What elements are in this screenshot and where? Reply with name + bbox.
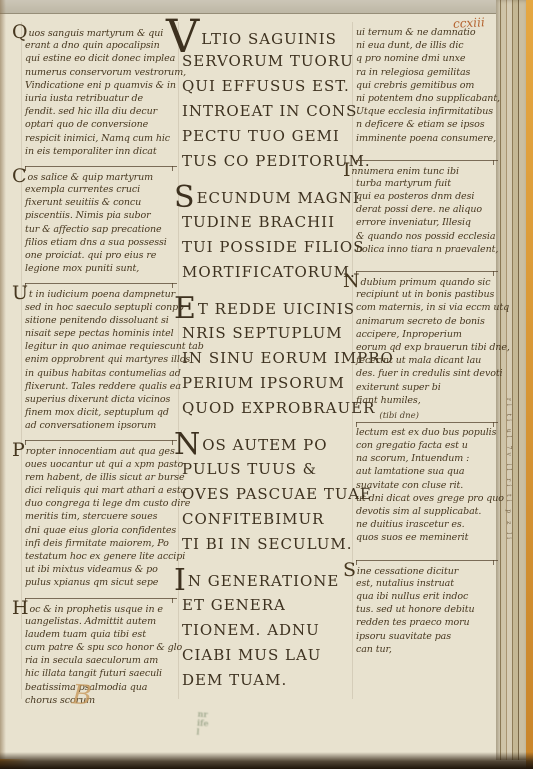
text-line: TI BI IN SECULUM. [182, 532, 354, 557]
text-paragraph: lectum est ex duo bus populiscon gregati… [356, 422, 498, 545]
text-line: nisait sepe pectas hominis intel [25, 327, 177, 340]
text-line: TUI POSSIDE FILIOS [182, 235, 354, 260]
drop-cap-initial: N [174, 432, 202, 457]
text-line: Cos salice & quip martyrum [25, 170, 177, 183]
text-line: ni eua dunt, de illis dic [356, 39, 498, 52]
text-line: DEM TUAM. [182, 668, 354, 693]
right-column: ui ternum & ne damnationi eua dunt, de i… [356, 26, 498, 671]
text-line: CIABI MUS LAU [182, 643, 354, 668]
text-line: TIONEM. ADNU [182, 618, 354, 643]
text-line: ui ternum & ne damnatio [356, 26, 498, 39]
text-line: ne duitius irascetur es. [356, 518, 498, 531]
text-line: PERIUM IPSORUM [182, 371, 354, 396]
text-line: optari quo de conversione [25, 118, 177, 131]
text-line: OVES PASCUAE TUAE [182, 482, 354, 507]
text-line: legione mox puniti sunt, [25, 262, 177, 275]
page-edge-stack-right [496, 0, 526, 760]
text-line: qui crebris gemitibus om [356, 79, 498, 92]
text-line: exiterunt super bi [356, 381, 498, 394]
left-column: Quos sanguis martyrum & quierant a dno q… [25, 26, 177, 715]
text-line: animarum secreto de bonis [356, 315, 498, 328]
text-line: fendit. sed hic illa diu decur [25, 105, 177, 118]
text-line: dici reliquis qui mart athari a esta [25, 484, 177, 497]
text-line: cum patre & spu sco honor & glo [25, 641, 177, 654]
text-paragraph: Cos salice & quip martyrumexempla curren… [25, 166, 177, 276]
text-line: est, nutalius instruat [356, 577, 498, 590]
bottom-mark: B [71, 679, 93, 711]
drop-cap-initial: C [12, 170, 27, 183]
text-line: sitione penitendo dissoluant si [25, 314, 177, 327]
edge-marks: ri ti ul 7v il ri ti p z li [505, 398, 512, 542]
text-line: Quos sanguis martyrum & qui [25, 26, 177, 39]
text-line: NOS AUTEM PO [182, 432, 354, 457]
text-line: sed in hoc saeculo septupli conpo [25, 301, 177, 314]
text-line: TUDINE BRACHII [182, 210, 354, 235]
text-paragraph: Ndubium primum quando sicrecipiunt ut in… [356, 271, 498, 407]
text-line: fixerunt seuitiis & concu [25, 196, 177, 209]
text-line: iuria iusta retribuatur de [25, 92, 177, 105]
text-line: pulus xpianus qm sicut sepe [25, 576, 177, 589]
text-line: bolica inno tiara n praevalent, [356, 243, 498, 256]
text-line: devotis sim al supplicabat. [356, 505, 498, 518]
text-line: one proiciat. qui pro eius re [25, 249, 177, 262]
text-line: imminente poena consumere, [356, 132, 498, 145]
text-line: ni potentem dno supplicabant, [356, 92, 498, 105]
text-line: Sine cessatione dicitur [356, 564, 498, 577]
text-line: PULUS TUUS & [182, 457, 354, 482]
text-paragraph: Propter innocentiam aut qua gesoues uoca… [25, 440, 177, 589]
text-line: suavitate con cluse rit. [356, 479, 498, 492]
text-paragraph: ET REDDE UICINISNRIS SEPTUPLUMIN SINU EO… [182, 296, 354, 421]
text-line: exempla currentes cruci [25, 183, 177, 196]
text-line: duo congrega ti lege dm custo dire [25, 497, 177, 510]
stamp-line: l [196, 728, 208, 738]
text-line: laudem tuam quia tibi est [25, 628, 177, 641]
text-line: fiant humiles, [356, 394, 498, 407]
text-line: respicit inimici, Namq cum hic [25, 132, 177, 145]
text-line: Innumera enim tunc ibi [356, 164, 498, 177]
text-line: PECTU TUO GEMI [182, 124, 354, 149]
text-paragraph: SECUNDUM MAGNITUDINE BRACHIITUI POSSIDE … [182, 185, 354, 285]
text-line: TUS CO PEDITORUM. [182, 149, 354, 174]
text-line: meritis tim, stercuere soues [25, 510, 177, 523]
text-line: VLTIO SAGUINIS [182, 24, 354, 49]
text-line: INTROEAT IN CONS [182, 99, 354, 124]
drop-cap-initial: U [12, 287, 29, 300]
library-stamp: nrifel [196, 710, 209, 738]
text-line: can tur, [356, 643, 498, 656]
manuscript-page: ccxiii Quos sanguis martyrum & quierant … [0, 0, 533, 769]
text-line: dni quae eius gloria confidentes [25, 524, 177, 537]
text-paragraph: IN GENERATIONEET GENERATIONEM. ADNUCIABI… [182, 568, 354, 693]
text-line: Ndubium primum quando sic [356, 275, 498, 288]
drop-cap-initial: I [174, 568, 188, 593]
text-line: QUI EFFUSUS EST. [182, 74, 354, 99]
text-line: rem habent, de illis sicut ar burse [25, 471, 177, 484]
text-line: ria in secula saeculorum am [25, 654, 177, 667]
book-shadow-bottom [0, 752, 533, 769]
drop-cap-initial: I [343, 164, 351, 177]
text-paragraph: Quos sanguis martyrum & quierant a dno q… [25, 26, 177, 158]
text-paragraph: NOS AUTEM POPULUS TUUS &OVES PASCUAE TUA… [182, 432, 354, 557]
drop-cap-initial: Q [12, 26, 28, 39]
text-line: na scorum, Intuendum : [356, 452, 498, 465]
text-line: lectum est ex duo bus populis [356, 426, 498, 439]
text-line: finem mox dicit, septuplum qd [25, 406, 177, 419]
drop-cap-initial: S [343, 564, 357, 577]
text-line: q pro nomine dmi unxe [356, 52, 498, 65]
text-line: tur & affectio sap precatione [25, 223, 177, 236]
text-line: erant a dno quin apocalipsin [25, 39, 177, 52]
text-line: numerus conservorum vestrorum, [25, 66, 177, 79]
text-line: qua ibi nullus erit indoc [356, 590, 498, 603]
text-line: quos suos ee meminerit [356, 531, 498, 544]
text-line: ET REDDE UICINIS [182, 296, 354, 321]
text-line: testatum hoc ex genere lite accipi [25, 550, 177, 563]
text-paragraph: Ut in iudicium poena dampnetursed in hoc… [25, 283, 177, 432]
text-line: Ut in iudicium poena dampnetur [25, 287, 177, 300]
text-line: ipsoru suavitate pas [356, 630, 498, 643]
drop-cap-initial: H [12, 602, 29, 615]
text-line: infi deis firmitate maiorem, Po [25, 537, 177, 550]
background-strip [526, 0, 533, 769]
text-line: flixerunt. Tales reddere qualis ea [25, 380, 177, 393]
text-line: ut dni dicat oves grege pro quo [356, 492, 498, 505]
drop-cap-initial: E [174, 296, 198, 321]
text-line: piscentiis. Nimis pia subor [25, 209, 177, 222]
text-line: con gregatio facta est u [356, 439, 498, 452]
text-line: SERVORUM TUORU [182, 49, 354, 74]
text-line: n deficere & etiam se ipsos [356, 118, 498, 131]
text-line: CONFITEBIMUR [182, 507, 354, 532]
middle-column: VLTIO SAGUINISSERVORUM TUORUQUI EFFUSUS … [182, 24, 354, 704]
text-line: recipiunt ut in bonis pastibus [356, 288, 498, 301]
text-line: des. fuer in credulis sint devoti [356, 367, 498, 380]
text-line: filios etiam dns a sua possessi [25, 236, 177, 249]
text-line: hic illata tangit futuri saeculi [25, 667, 177, 680]
text-line: IN GENERATIONE [182, 568, 354, 593]
text-line: eorum qd exp brauerun tibi dne, [356, 341, 498, 354]
text-paragraph: VLTIO SAGUINISSERVORUM TUORUQUI EFFUSUS … [182, 24, 354, 174]
text-line: aut lamtatione sua qua [356, 465, 498, 478]
text-line: accipere, Inproperium [356, 328, 498, 341]
text-line: ut ibi mixtus videamus & po [25, 563, 177, 576]
text-paragraph: ui ternum & ne damnationi eua dunt, de i… [356, 26, 498, 145]
text-line: in quibus habitas contumelias ad [25, 367, 177, 380]
text-line: Utque ecclesia infirmitatibus [356, 105, 498, 118]
text-line: ra in relegiosa gemilitas [356, 66, 498, 79]
text-line: uangelistas. Admittit autem [25, 615, 177, 628]
text-paragraph: Hoc & in prophetis usque in euangelistas… [25, 598, 177, 708]
drop-cap-initial: N [343, 275, 361, 288]
drop-cap-initial: P [12, 444, 26, 457]
text-line: chorus scorum [25, 694, 177, 707]
text-line: superius dixerunt dicta vicinos [25, 393, 177, 406]
text-line: SECUNDUM MAGNI [182, 185, 354, 210]
text-line: beatissima psalmodia qua [25, 681, 177, 694]
text-line: qui ea posteros dnm desi [356, 190, 498, 203]
text-line: tus. sed ut honore debitu [356, 603, 498, 616]
text-paragraph: Sine cessatione diciturest, nutalius ins… [356, 560, 498, 656]
text-line: ET GENERA [182, 593, 354, 618]
drop-cap-initial: S [174, 185, 197, 210]
text-line: NRIS SEPTUPLUM [182, 321, 354, 346]
text-line: ad conversationem ipsorum [25, 419, 177, 432]
text-line: oues uocantur ut qui a xpm pasto [25, 458, 177, 471]
text-line: & quando nos possid ecclesia [356, 230, 498, 243]
text-line: Hoc & in prophetis usque in e [25, 602, 177, 615]
text-line: Vindicatione eni p quamvis & in [25, 79, 177, 92]
text-line: Propter innocentiam aut qua ges [25, 444, 177, 457]
text-line: redden tes praeco moru [356, 616, 498, 629]
text-line: QUOD EXPROBRAUER(tibi dne) [182, 396, 354, 421]
text-line: turba martyrum fuit [356, 177, 498, 190]
text-line: IN SINU EORUM IMPRO [182, 346, 354, 371]
text-line: MORTIFICATORUM. [182, 260, 354, 285]
drop-cap-initial: V [166, 24, 201, 49]
text-line: qui estine eo dicit donec implea [25, 52, 177, 65]
text-line: enim opprobrent qui martyres illos [25, 353, 177, 366]
text-line: errore inveniatur, Illesiq [356, 216, 498, 229]
text-line: derat possi dere. ne aliquo [356, 203, 498, 216]
text-line: fecerint ut mala dicant lau [356, 354, 498, 367]
page-edge-top [0, 0, 497, 14]
text-paragraph: Innumera enim tunc ibiturba martyrum fui… [356, 160, 498, 256]
text-line: legitur in quo animae requiescunt tab [25, 340, 177, 353]
binding-edge-left [0, 0, 6, 759]
text-line: in eis temporaliter inn dicat [25, 145, 177, 158]
text-line: com maternis, in si via eccm utq [356, 301, 498, 314]
